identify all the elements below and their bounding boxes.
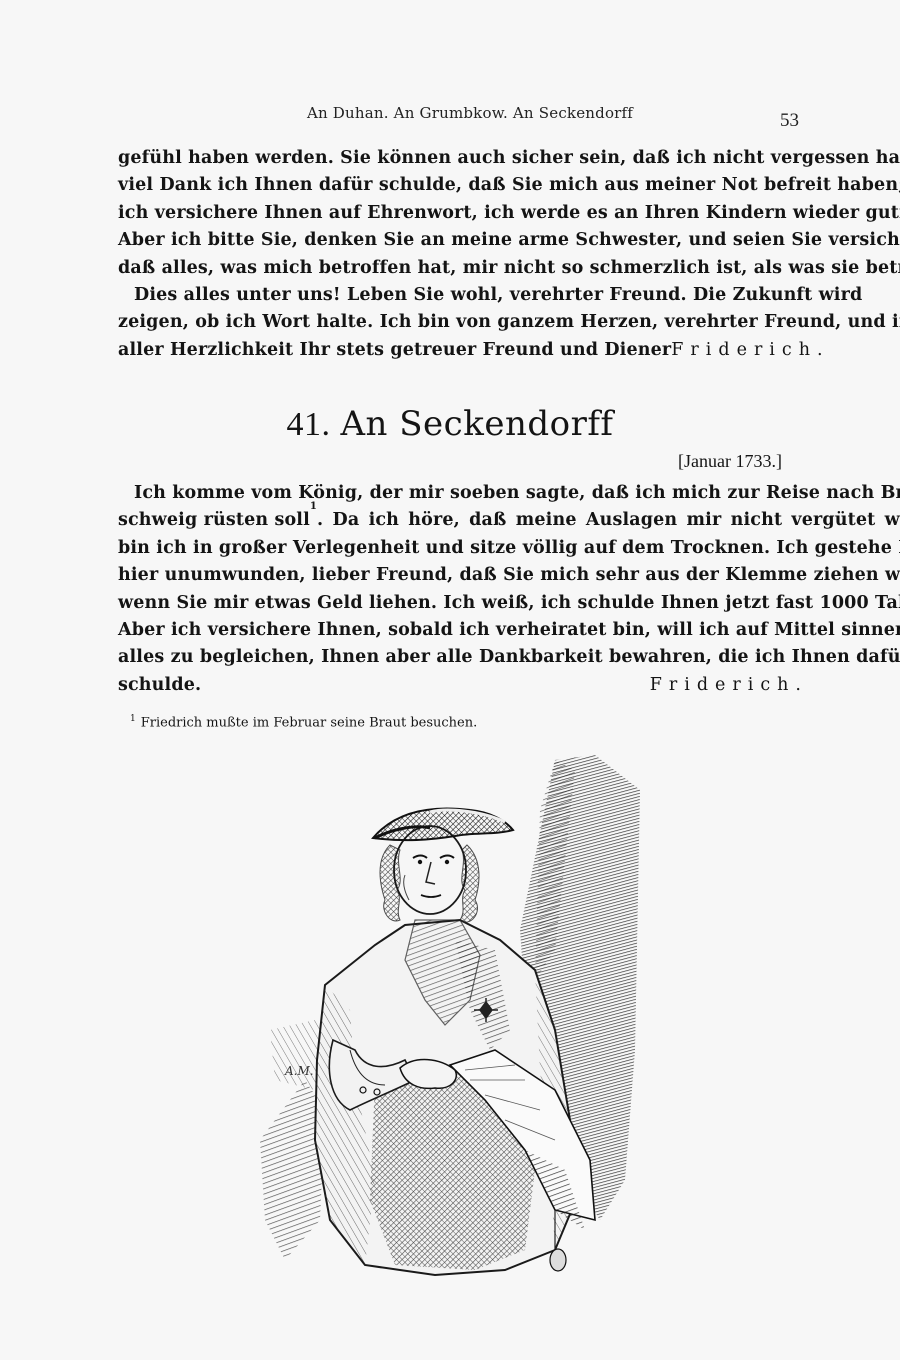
page-number: 53 [780, 110, 799, 132]
portrait-engraving: A.M. [255, 750, 655, 1300]
book-page: An Duhan. An Grumbkow. An Seckendorff 53… [0, 0, 900, 1360]
portrait-illustration-icon: A.M. [255, 750, 655, 1300]
closing-text: schulde. [118, 672, 201, 699]
text-line: Ich komme vom König, der mir soeben sagt… [118, 480, 802, 507]
text-segment: . Da ich höre, daß meine Auslagen mir ni… [317, 507, 900, 534]
text-line: hier unumwunden, lieber Freund, daß Sie … [118, 562, 802, 589]
letter-number: 41. [287, 406, 331, 443]
text-line: daß alles, was mich betroffen hat, mir n… [118, 255, 802, 282]
closing-line: aller Herzlichkeit Ihr stets getreuer Fr… [118, 337, 802, 364]
previous-letter-body: gefühl haben werden. Sie können auch sic… [118, 145, 802, 364]
closing-text: aller Herzlichkeit Ihr stets getreuer Fr… [118, 337, 671, 364]
letter-title: An Seckendorff [341, 404, 614, 444]
footnote-text: Friedrich mußte im Februar seine Braut b… [141, 715, 478, 730]
text-line: viel Dank ich Ihnen dafür schulde, daß S… [118, 172, 802, 199]
letter-heading: 41.An Seckendorff [0, 404, 900, 444]
text-line: wenn Sie mir etwas Geld liehen. Ich weiß… [118, 590, 802, 617]
signature: Friderich. [650, 672, 808, 699]
footnote-reference[interactable]: 1 [310, 507, 317, 534]
text-segment: schweig rüsten soll [118, 507, 310, 534]
signature: Friderich. [671, 337, 829, 364]
footnote: 1Friedrich mußte im Februar seine Braut … [130, 714, 477, 730]
closing-line: schulde. Friderich. [118, 672, 802, 699]
text-line: alles zu begleichen, Ihnen aber alle Dan… [118, 644, 802, 671]
text-line: zeigen, ob ich Wort halte. Ich bin von g… [118, 309, 802, 336]
text-line: Dies alles unter uns! Leben Sie wohl, ve… [118, 282, 802, 309]
text-line: bin ich in großer Verlegenheit und sitze… [118, 535, 802, 562]
svg-text:A.M.: A.M. [284, 1064, 314, 1078]
footnote-mark: 1 [130, 714, 136, 724]
letter-date: [Januar 1733.] [678, 451, 782, 472]
text-line: Aber ich bitte Sie, denken Sie an meine … [118, 227, 802, 254]
running-head: An Duhan. An Grumbkow. An Seckendorff [300, 104, 640, 122]
text-line: ich versichere Ihnen auf Ehrenwort, ich … [118, 200, 802, 227]
text-line: Aber ich versichere Ihnen, sobald ich ve… [118, 617, 802, 644]
text-line: schweig rüsten soll1. Da ich höre, daß m… [118, 507, 802, 534]
text-line: gefühl haben werden. Sie können auch sic… [118, 145, 802, 172]
letter-body: Ich komme vom König, der mir soeben sagt… [118, 480, 802, 699]
